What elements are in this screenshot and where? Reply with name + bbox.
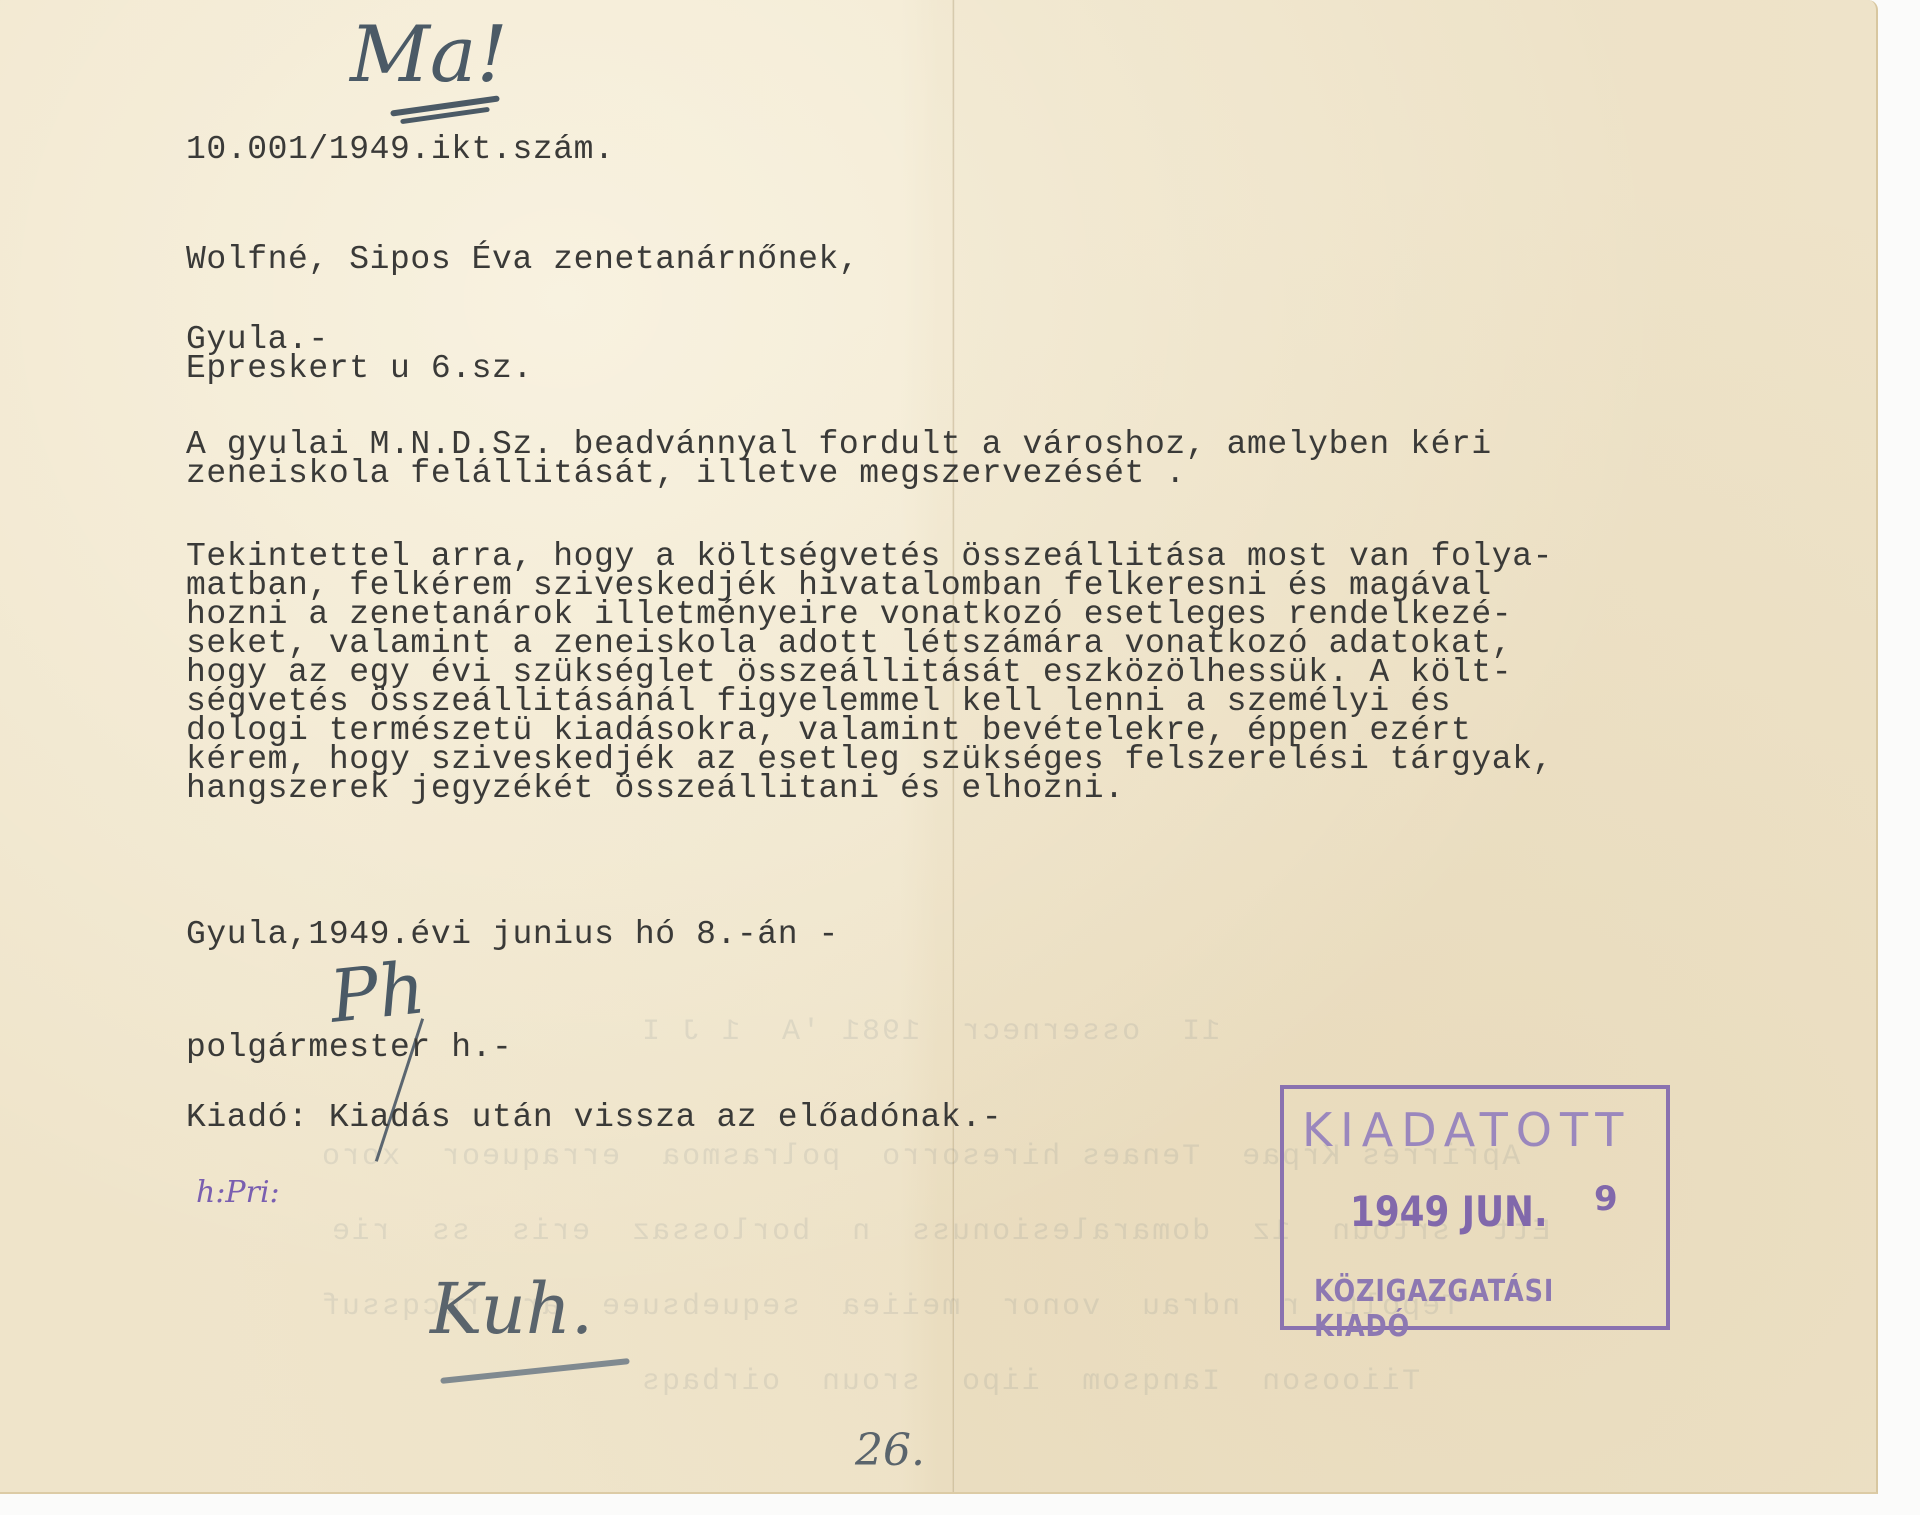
stamp-title: KIADATOTT	[1302, 1103, 1631, 1157]
kiadatott-stamp: KIADATOTT 1949 JUN. 9 KÖZIGAZGATÁSI KIAD…	[1280, 1085, 1670, 1330]
text-line: zeneiskola felállitását, illetve megszer…	[186, 459, 1186, 488]
handwritten-initials: Ph	[326, 945, 429, 1038]
stamp-day: 9	[1594, 1179, 1618, 1219]
show-through-text: 1I ossernecr 1981 'A 1 J I	[640, 1015, 1220, 1049]
dispatch-note: Kiadó: Kiadás után vissza az előadónak.-	[186, 1103, 1002, 1132]
handwritten-note-purple: h:Pri:	[196, 1175, 280, 1210]
stamp-date: 1949 JUN.	[1350, 1187, 1548, 1236]
date-line: Gyula,1949.évi junius hó 8.-án -	[186, 920, 839, 949]
recipient-name: Wolfné, Sipos Éva zenetanárnőnek,	[186, 245, 859, 274]
signature-underline	[440, 1358, 630, 1384]
signatory-title: polgármester h.-	[186, 1033, 512, 1062]
reference-number: 10.001/1949.ikt.szám.	[186, 135, 614, 164]
text-line: hangszerek jegyzékét összeállitani és el…	[186, 774, 1125, 803]
document-page: 1I ossernecr 1981 'A 1 J I Aprirres Krpa…	[0, 0, 1878, 1494]
handwritten-annotation-top: Ma!	[350, 10, 508, 100]
show-through-text: Tiiooson Ianqsom iipo sroun oirbaqs	[640, 1365, 1420, 1399]
stamp-office: KÖZIGAZGATÁSI KIADÓ	[1314, 1274, 1613, 1344]
handwritten-signature: Kuh.	[430, 1268, 593, 1350]
page-number: 26.	[855, 1425, 925, 1476]
recipient-address: Epreskert u 6.sz.	[186, 354, 533, 383]
